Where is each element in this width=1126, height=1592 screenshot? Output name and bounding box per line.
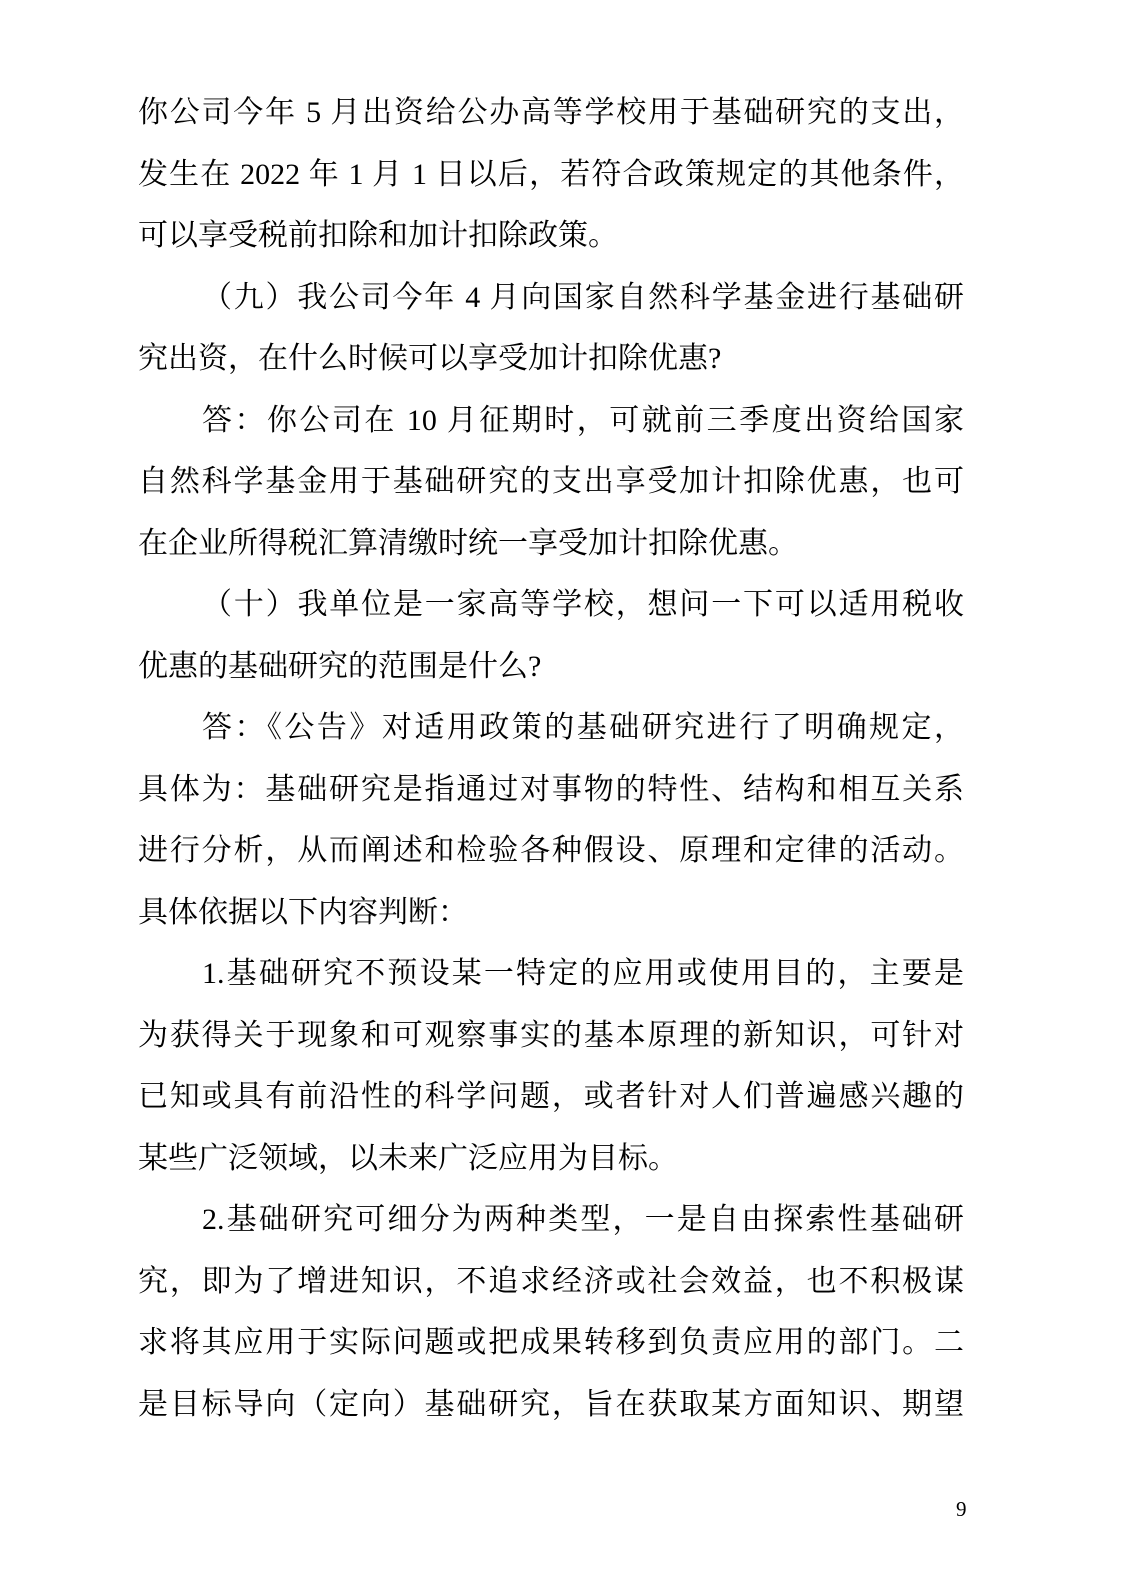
page-number: 9 (956, 1496, 967, 1522)
text-line: 发生在 2022 年 1 月 1 日以后，若符合政策规定的其他条件， (138, 144, 964, 206)
text-line: 是目标导向（定向）基础研究，旨在获取某方面知识、期望 (138, 1374, 964, 1436)
text-line: 答：《公告》对适用政策的基础研究进行了明确规定， (138, 697, 964, 759)
text-line: 1.基础研究不预设某一特定的应用或使用目的，主要是 (138, 943, 964, 1005)
text-line: 自然科学基金用于基础研究的支出享受加计扣除优惠，也可 (138, 451, 964, 513)
document-body: 你公司今年 5 月出资给公办高等学校用于基础研究的支出，发生在 2022 年 1… (138, 82, 964, 1435)
text-line: （九）我公司今年 4 月向国家自然科学基金进行基础研 (138, 267, 964, 329)
text-line: 你公司今年 5 月出资给公办高等学校用于基础研究的支出， (138, 82, 964, 144)
text-line: 2.基础研究可细分为两种类型，一是自由探索性基础研 (138, 1189, 964, 1251)
text-line: 究，即为了增进知识，不追求经济或社会效益，也不积极谋 (138, 1251, 964, 1313)
text-line: 优惠的基础研究的范围是什么? (138, 636, 964, 698)
text-line: 已知或具有前沿性的科学问题，或者针对人们普遍感兴趣的 (138, 1066, 964, 1128)
text-line: 为获得关于现象和可观察事实的基本原理的新知识，可针对 (138, 1005, 964, 1067)
text-line: 具体为：基础研究是指通过对事物的特性、结构和相互关系 (138, 759, 964, 821)
text-line: 具体依据以下内容判断： (138, 882, 964, 944)
text-line: 究出资，在什么时候可以享受加计扣除优惠? (138, 328, 964, 390)
text-line: 答：你公司在 10 月征期时，可就前三季度出资给国家 (138, 390, 964, 452)
text-line: 在企业所得税汇算清缴时统一享受加计扣除优惠。 (138, 513, 964, 575)
text-line: 某些广泛领域，以未来广泛应用为目标。 (138, 1128, 964, 1190)
text-line: 可以享受税前扣除和加计扣除政策。 (138, 205, 964, 267)
text-line: （十）我单位是一家高等学校，想问一下可以适用税收 (138, 574, 964, 636)
text-line: 求将其应用于实际问题或把成果转移到负责应用的部门。二 (138, 1312, 964, 1374)
text-line: 进行分析，从而阐述和检验各种假设、原理和定律的活动。 (138, 820, 964, 882)
document-page: 你公司今年 5 月出资给公办高等学校用于基础研究的支出，发生在 2022 年 1… (0, 0, 1126, 1592)
